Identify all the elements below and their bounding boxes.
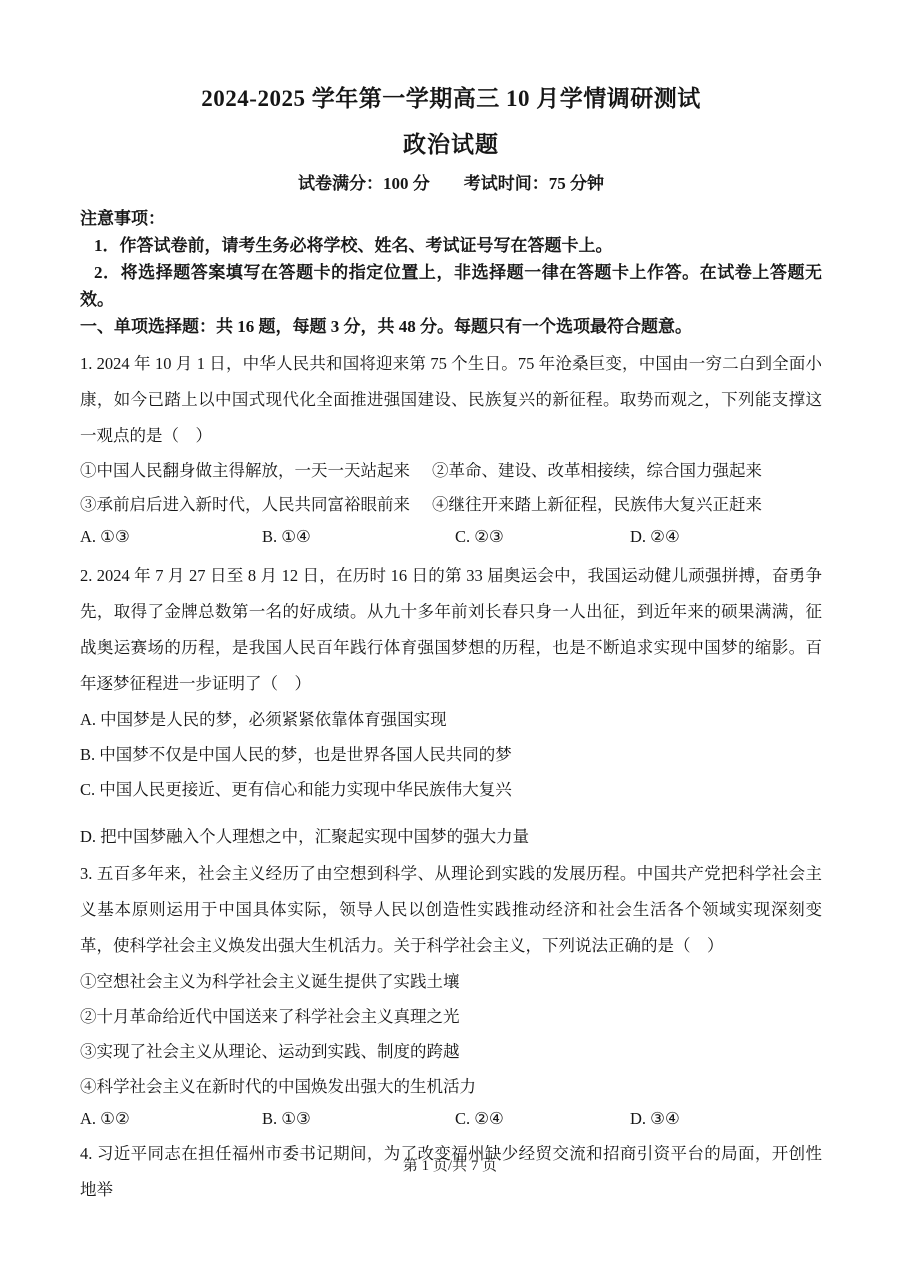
question-2-choice-b: B. 中国梦不仅是中国人民的梦，也是世界各国人民共同的梦 (80, 737, 822, 772)
notice-heading: 注意事项： (80, 205, 822, 232)
question-1-item-2: ②革命、建设、改革相接续，综合国力强起来 (432, 454, 822, 488)
question-3-stem: 3. 五百多年来，社会主义经历了由空想到科学、从理论到实践的发展历程。中国共产党… (80, 856, 822, 964)
exam-content: 2024-2025 学年第一学期高三 10 月学情调研测试 政治试题 试卷满分：… (80, 84, 822, 1208)
question-1-choice-c: C. ②③ (455, 522, 630, 552)
notice-item-1: 1．作答试卷前，请考生务必将学校、姓名、考试证号写在答题卡上。 (80, 232, 822, 259)
question-3-item-4: ④科学社会主义在新时代的中国焕发出强大的生机活力 (80, 1069, 822, 1104)
question-3-choice-a: A. ①② (80, 1104, 262, 1134)
question-3-choices: A. ①② B. ①③ C. ②④ D. ③④ (80, 1104, 822, 1134)
exam-paper-page: 2024-2025 学年第一学期高三 10 月学情调研测试 政治试题 试卷满分：… (0, 0, 900, 1273)
question-1-choices: A. ①③ B. ①④ C. ②③ D. ②④ (80, 522, 822, 552)
section-heading-single-choice: 一、单项选择题：共 16 题，每题 3 分，共 48 分。每题只有一个选项最符合… (80, 313, 822, 340)
question-2-choice-c: C. 中国人民更接近、更有信心和能力实现中华民族伟大复兴 (80, 772, 822, 807)
question-1-item-4: ④继往开来踏上新征程，民族伟大复兴正赶来 (432, 488, 822, 522)
page-number-indicator: 第 1 页/共 7 页 (0, 1155, 900, 1177)
notice-item-2: 2．将选择题答案填写在答题卡的指定位置上，非选择题一律在答题卡上作答。在试卷上答… (80, 259, 822, 313)
question-3-choice-c: C. ②④ (455, 1104, 630, 1134)
question-1-choice-a: A. ①③ (80, 522, 262, 552)
exam-title: 2024-2025 学年第一学期高三 10 月学情调研测试 (80, 84, 822, 114)
question-3-item-1: ①空想社会主义为科学社会主义诞生提供了实践土壤 (80, 964, 822, 999)
question-3-item-2: ②十月革命给近代中国送来了科学社会主义真理之光 (80, 999, 822, 1034)
question-2-choice-d: D. 把中国梦融入个人理想之中，汇聚起实现中国梦的强大力量 (80, 819, 822, 854)
question-2-choice-a: A. 中国梦是人民的梦，必须紧紧依靠体育强国实现 (80, 702, 822, 737)
question-1-item-1: ①中国人民翻身做主得解放，一天一天站起来 (80, 454, 432, 488)
question-3-choice-d: D. ③④ (630, 1104, 822, 1134)
question-1-item-3: ③承前启后进入新时代，人民共同富裕眼前来 (80, 488, 432, 522)
question-1-choice-b: B. ①④ (262, 522, 455, 552)
question-1-choice-d: D. ②④ (630, 522, 822, 552)
question-3-choice-b: B. ①③ (262, 1104, 455, 1134)
question-3-item-3: ③实现了社会主义从理论、运动到实践、制度的跨越 (80, 1034, 822, 1069)
exam-subject-title: 政治试题 (80, 130, 822, 160)
question-1-stem: 1. 2024 年 10 月 1 日，中华人民共和国将迎来第 75 个生日。75… (80, 346, 822, 454)
question-2-stem: 2. 2024 年 7 月 27 日至 8 月 12 日，在历时 16 日的第 … (80, 558, 822, 702)
exam-score-time-info: 试卷满分：100 分 考试时间：75 分钟 (80, 173, 822, 195)
question-1-numbered-items: ①中国人民翻身做主得解放，一天一天站起来 ②革命、建设、改革相接续，综合国力强起… (80, 454, 822, 522)
